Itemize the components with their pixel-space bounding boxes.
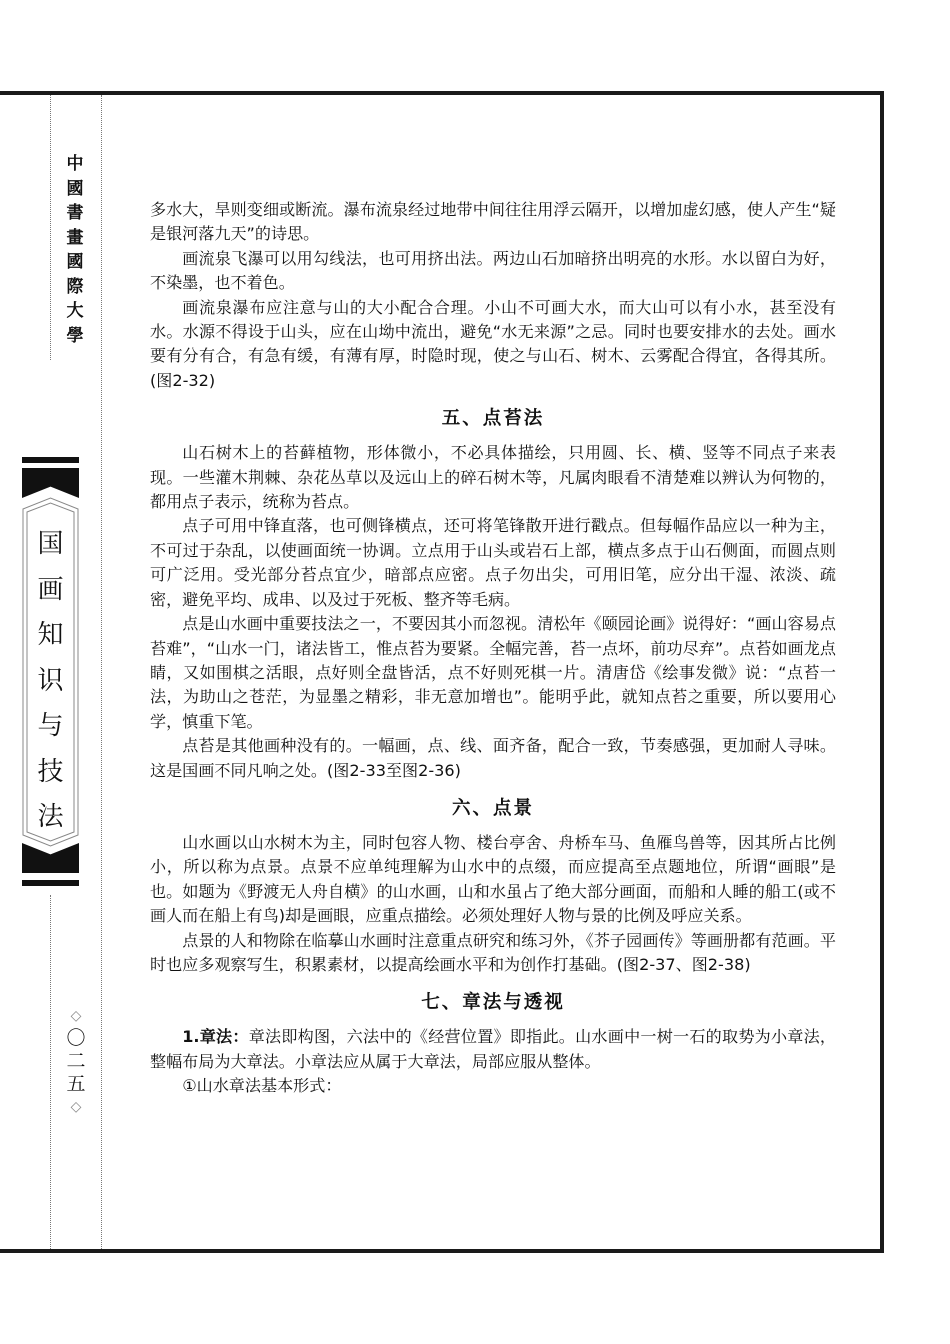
- book-title-char: 知: [22, 613, 79, 659]
- page-number-vertical: ◇ 〇 二 五 ◇: [62, 1005, 90, 1118]
- book-title-char: 画: [22, 568, 79, 614]
- diamond-ornament-icon: ◇: [62, 1005, 90, 1027]
- section-heading-moss-dots: 五、点苔法: [150, 407, 836, 431]
- series-title-char: 學: [62, 324, 88, 349]
- label-ornament-chevron-band-top: [22, 468, 79, 498]
- book-title-char: 国: [22, 522, 79, 568]
- book-title-char: 法: [22, 795, 79, 841]
- section-heading-figures: 六、点景: [150, 797, 836, 821]
- paragraph: 多水大，旱则变细或断流。瀑布流泉经过地带中间往往用浮云隔开，以增加虚幻感，使人产…: [150, 198, 836, 247]
- series-title-char: 書: [62, 201, 88, 226]
- paragraph: 点苔是其他画种没有的。一幅画，点、线、面齐备，配合一致，节奏感强，更加耐人寻味。…: [150, 734, 836, 783]
- paragraph: ①山水章法基本形式：: [150, 1074, 836, 1098]
- series-title-char: 際: [62, 275, 88, 300]
- series-title-char: 中: [62, 152, 88, 177]
- paragraph: 点子可用中锋直落，也可侧锋横点，还可将笔锋散开进行戳点。但每幅作品应以一种为主，…: [150, 514, 836, 612]
- label-ornament-thin-bar-top: [22, 457, 79, 463]
- paragraph: 画流泉飞瀑可以用勾线法，也可用挤出法。两边山石加暗挤出明亮的水形。水以留白为好，…: [150, 247, 836, 296]
- label-ornament-thin-bar-bottom: [22, 880, 79, 886]
- section-heading-composition-perspective: 七、章法与透视: [150, 991, 836, 1015]
- page-number-char: 五: [62, 1073, 90, 1096]
- paragraph: 画流泉瀑布应注意与山的大小配合合理。小山不可画大水，而大山可以有小水，甚至没有水…: [150, 296, 836, 394]
- diamond-ornament-icon: ◇: [62, 1096, 90, 1118]
- spine-dotted-rule-outer: [50, 95, 51, 360]
- series-title-char: 國: [62, 250, 88, 275]
- paragraph: 点景的人和物除在临摹山水画时注意重点研究和练习外，《芥子园画传》等画册都有范画。…: [150, 929, 836, 978]
- label-ornament-chevron-band-bottom: [22, 843, 79, 873]
- book-title-char: 识: [22, 659, 79, 705]
- series-title-vertical: 中 國 書 畫 國 際 大 學: [62, 152, 88, 348]
- series-title-char: 畫: [62, 226, 88, 251]
- page-number-char: 〇: [62, 1027, 90, 1050]
- paragraph-lead-label: 1.章法：: [182, 1027, 249, 1046]
- book-title-char: 技: [22, 750, 79, 796]
- paragraph: 山石树木上的苔藓植物，形体微小，不必具体描绘，只用圆、长、横、竖等不同点子来表现…: [150, 441, 836, 514]
- book-title-char: 与: [22, 704, 79, 750]
- paragraph-text: 章法即构图，六法中的《经营位置》即指此。山水画中一树一石的取势为小章法，整幅布局…: [150, 1027, 836, 1070]
- page-frame-bottom-border: [0, 1249, 884, 1253]
- book-title-vertical: 国 画 知 识 与 技 法: [22, 522, 79, 841]
- spine-dotted-rule-inner: [101, 95, 102, 1249]
- page-number-char: 二: [62, 1050, 90, 1073]
- main-body-text: 多水大，旱则变细或断流。瀑布流泉经过地带中间往往用浮云隔开，以增加虚幻感，使人产…: [150, 198, 836, 1099]
- series-title-char: 國: [62, 177, 88, 202]
- page-frame-right-border: [880, 91, 884, 1253]
- spine-dotted-rule-outer-lower: [50, 895, 51, 1249]
- page-frame-top-border: [0, 91, 884, 95]
- paragraph: 山水画以山水树木为主，同时包容人物、楼台亭舍、舟桥车马、鱼雁鸟兽等，因其所占比例…: [150, 831, 836, 929]
- paragraph: 点是山水画中重要技法之一，不要因其小而忽视。清松年《颐园论画》说得好：“画山容易…: [150, 612, 836, 734]
- series-title-char: 大: [62, 299, 88, 324]
- paragraph: 1.章法：章法即构图，六法中的《经营位置》即指此。山水画中一树一石的取势为小章法…: [150, 1025, 836, 1074]
